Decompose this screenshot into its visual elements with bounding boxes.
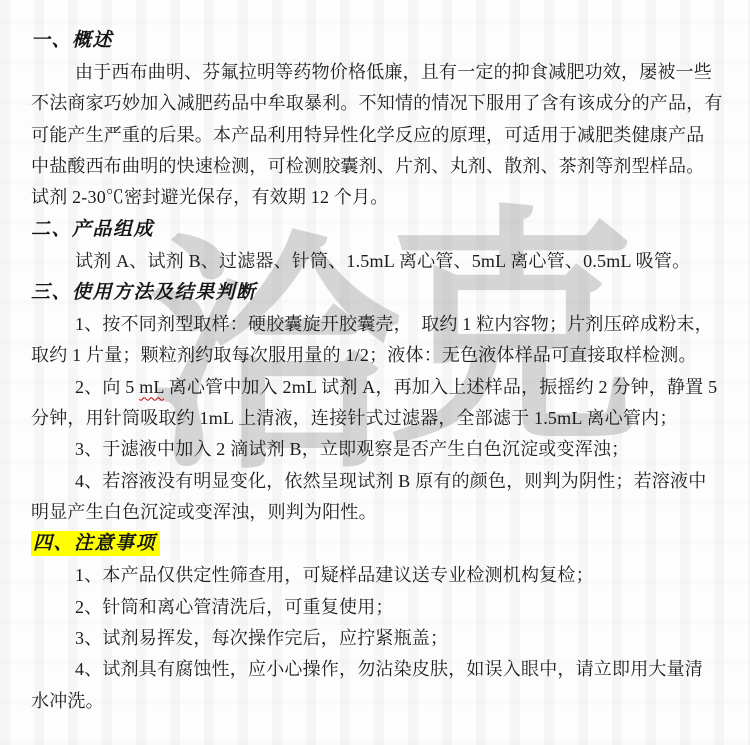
text-line: 试剂 A、试剂 B、过滤器、针筒、1.5mL 离心管、5mL 离心管、0.5mL… (31, 246, 726, 277)
text-line: 明显产生白色沉淀或变浑浊，则判为阳性。 (31, 497, 726, 528)
section-heading-overview: 一、概述 (31, 25, 726, 57)
section-heading-notes: 四、注意事项 (31, 528, 726, 560)
text-segment: 2、向 5 (75, 377, 139, 397)
text-line-with-spellcheck: 2、向 5 mL 离心管中加入 2mL 试剂 A，再加入上述样品，振摇约 2 分… (31, 372, 726, 403)
text-line: 1、按不同剂型取样：硬胶囊旋开胶囊壳， 取约 1 粒内容物；片剂压碎成粉末， (31, 309, 726, 340)
text-line: 2、针筒和离心管清洗后，可重复使用； (31, 592, 726, 623)
text-line: 4、若溶液没有明显变化，依然呈现试剂 B 原有的颜色，则判为阴性；若溶液中 (31, 466, 726, 497)
instruction-document: 洽 克 一、概述 由于西布曲明、芬氟拉明等药物价格低廉，且有一定的抑食减肥功效，… (0, 0, 750, 745)
text-line: 水冲洗。 (31, 686, 726, 717)
spellcheck-underlined-text: mL (139, 377, 164, 397)
section-heading-components: 二、产品组成 (31, 214, 726, 246)
section-heading-usage: 三、使用方法及结果判断 (31, 277, 726, 309)
text-line: 4、试剂具有腐蚀性，应小心操作，勿沾染皮肤，如误入眼中，请立即用大量清 (31, 654, 726, 685)
text-line: 由于西布曲明、芬氟拉明等药物价格低廉，且有一定的抑食减肥功效，屡被一些 (31, 57, 726, 88)
text-segment: 离心管中加入 2mL 试剂 A，再加入上述样品，振摇约 2 分钟，静置 5 (164, 377, 717, 397)
text-line: 3、于滤液中加入 2 滴试剂 B，立即观察是否产生白色沉淀或变浑浊； (31, 434, 726, 465)
text-line: 中盐酸西布曲明的快速检测，可检测胶囊剂、片剂、丸剂、散剂、茶剂等剂型样品。 (31, 151, 726, 182)
text-line: 不法商家巧妙加入减肥药品中牟取暴利。不知情的情况下服用了含有该成分的产品，有 (31, 88, 726, 119)
highlighted-heading-text: 四、注意事项 (31, 531, 160, 556)
document-body: 一、概述 由于西布曲明、芬氟拉明等药物价格低廉，且有一定的抑食减肥功效，屡被一些… (0, 0, 750, 717)
text-line: 试剂 2-30℃密封避光保存，有效期 12 个月。 (31, 182, 726, 213)
text-line: 1、本产品仅供定性筛查用，可疑样品建议送专业检测机构复检； (31, 560, 726, 591)
text-line: 取约 1 片量；颗粒剂约取每次服用量的 1/2；液体：无色液体样品可直接取样检测… (31, 340, 726, 371)
text-line: 可能产生严重的后果。本产品利用特异性化学反应的原理，可适用于减肥类健康产品 (31, 120, 726, 151)
text-line: 3、试剂易挥发，每次操作完后，应拧紧瓶盖； (31, 623, 726, 654)
text-line: 分钟，用针筒吸取约 1mL 上清液，连接针式过滤器，全部滤于 1.5mL 离心管… (31, 403, 726, 434)
